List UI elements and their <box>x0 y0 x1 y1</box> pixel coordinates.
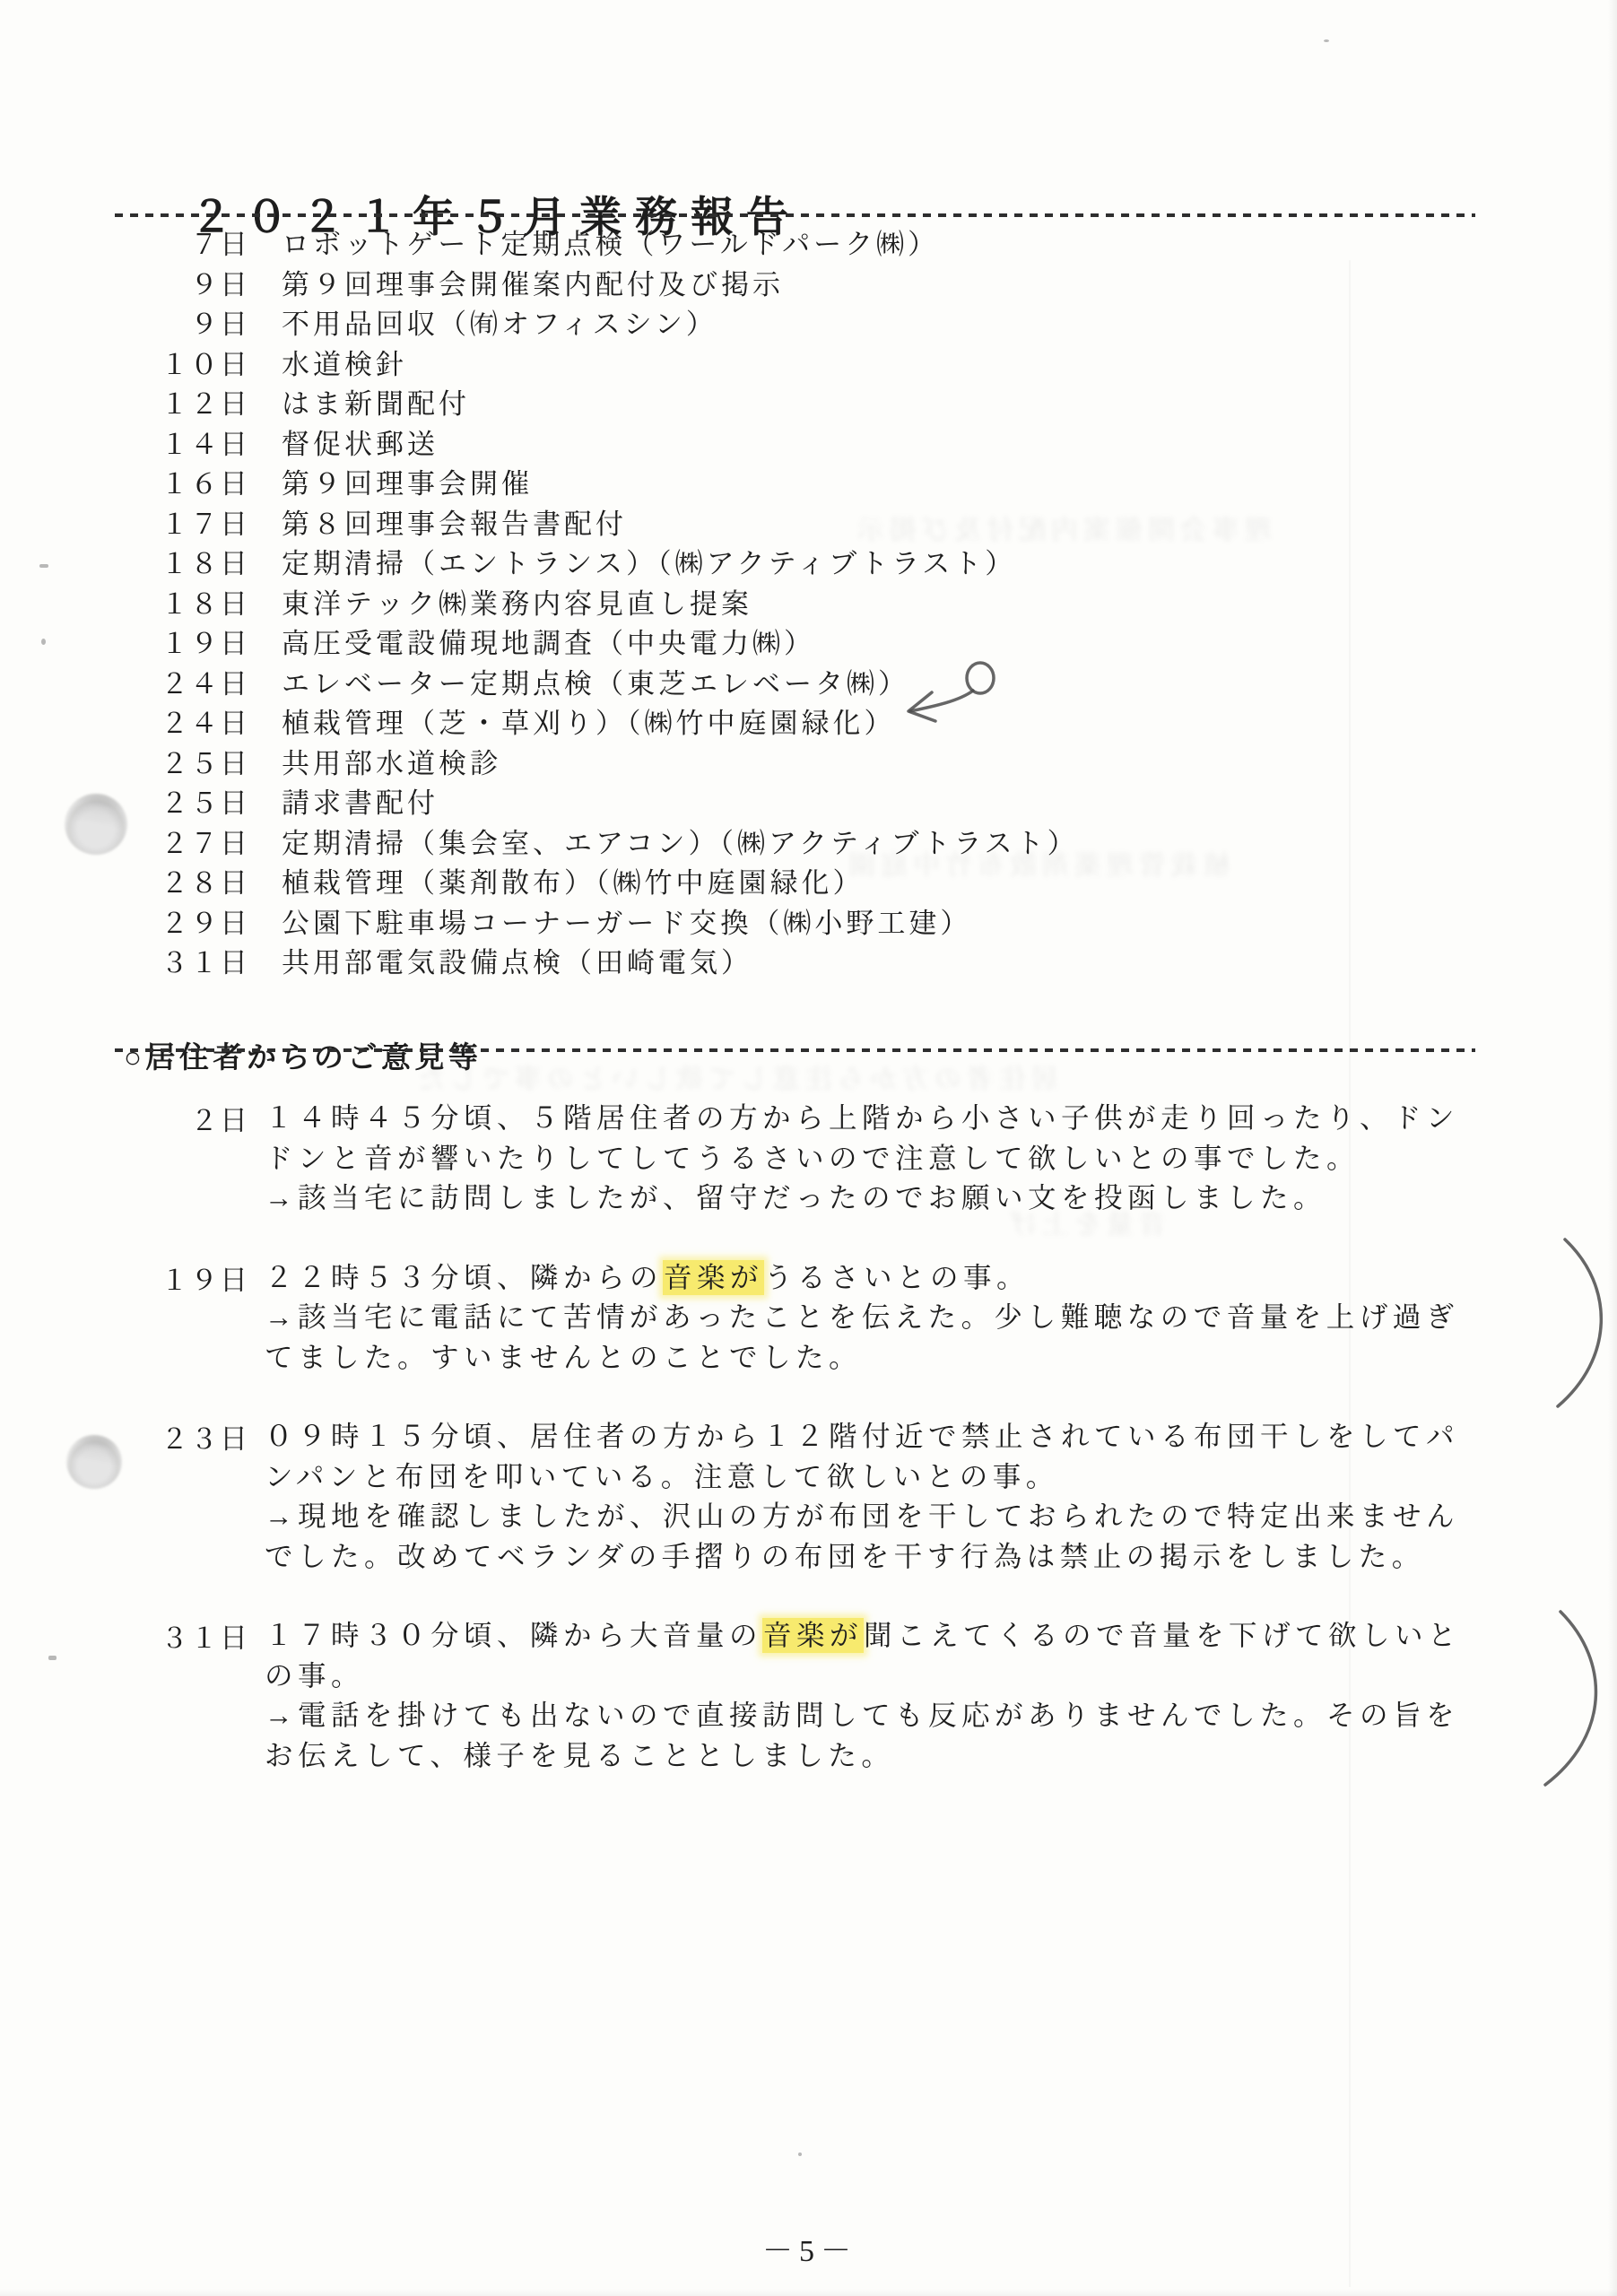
activity-text: エレベーター定期点検（東芝エレベータ㈱） <box>282 661 909 701</box>
opinion-text-segment: お伝えして、様子を見ることとしました。 <box>265 1740 894 1771</box>
activity-text: 定期清掃（集会室、エアコン）（㈱アクティブトラスト） <box>282 821 1079 861</box>
activity-row: ２９日公園下駐車場コーナーガード交換（㈱小野工建） <box>0 900 1079 941</box>
opinion-line: ドンと音が響いたりしてしてうるさいので注意して欲しいとの事でした。 <box>265 1136 1461 1177</box>
opinion-lines: ０９時１５分頃、居住者の方から１２階付近で禁止されている布団干しをしてパンパンと… <box>265 1414 1461 1574</box>
activity-row: １８日定期清掃（エントランス）（㈱アクティブトラスト） <box>0 541 1079 581</box>
activity-text: 第８回理事会報告書配付 <box>282 501 627 542</box>
opinion-lines: １７時３０分頃、隣から大音量の音楽が聞こえてくるので音量を下げて欲しいとの事。→… <box>265 1613 1461 1773</box>
activity-row: １６日第９回理事会開催 <box>0 461 1079 501</box>
activity-day: １７日 <box>115 501 249 542</box>
activity-text: 植栽管理（芝・草刈り）（㈱竹中庭園緑化） <box>282 700 896 741</box>
highlighted-text: 音楽が <box>762 1618 864 1653</box>
activity-day: １０日 <box>115 342 249 382</box>
activity-row: １８日東洋テック㈱業務内容見直し提案 <box>0 581 1079 622</box>
opinions-heading: ○居住者からのご意見等 <box>124 1034 482 1076</box>
dashed-divider-opinions <box>115 1048 1475 1052</box>
activity-day: １８日 <box>115 581 249 622</box>
activity-text: 第９回理事会開催案内配付及び掲示 <box>282 262 784 302</box>
activity-row: ２７日定期清掃（集会室、エアコン）（㈱アクティブトラスト） <box>0 821 1079 861</box>
scanned-report-page: 理事会開催案内配付及び掲示 植栽管理薬剤散布竹中庭園 居住者の方から注意して欲し… <box>0 0 1617 2296</box>
opinion-line: →該当宅に訪問しましたが、留守だったのでお願い文を投函しました。 <box>265 1176 1461 1216</box>
activity-day: ９日 <box>115 262 249 302</box>
activity-day: ２９日 <box>115 900 249 941</box>
opinion-line: の事。 <box>265 1654 1461 1694</box>
activity-text: 共用部水道検診 <box>282 741 501 781</box>
handwritten-arrow-loop-mark <box>874 653 1009 734</box>
handwritten-paren-mark-19 <box>1538 1233 1617 1417</box>
activity-day: ９日 <box>115 301 249 342</box>
paper-speck <box>39 564 48 568</box>
bleedthrough-ghost: 居住者の方から注意して欲しいとの事でした <box>413 1057 1058 1096</box>
opinion-text-segment: の事。 <box>265 1660 364 1692</box>
opinion-entry: ２日１４時４５分頃、５階居住者の方から上階から小さい子供が走り回ったり、ドンドン… <box>0 1096 1461 1216</box>
activity-row: ３１日共用部電気設備点検（田崎電気） <box>0 940 1079 980</box>
opinion-line: →現地を確認しましたが、沢山の方が布団を干しておられたので特定出来ません <box>265 1494 1461 1535</box>
opinion-text-segment: ンパンと布団を叩いている。注意して欲しいとの事。 <box>265 1461 1059 1492</box>
opinion-text-segment: ドンと音が響いたりしてしてうるさいので注意して欲しいとの事でした。 <box>265 1143 1360 1174</box>
opinion-entry: １９日２２時５３分頃、隣からの音楽がうるさいとの事。→該当宅に電話にて苦情があっ… <box>0 1256 1461 1376</box>
activity-row: ９日不用品回収（㈲オフィスシン） <box>0 301 1079 342</box>
opinion-entry: ３１日１７時３０分頃、隣から大音量の音楽が聞こえてくるので音量を下げて欲しいとの… <box>0 1613 1461 1773</box>
activity-day: １６日 <box>115 461 249 501</box>
punch-hole <box>65 794 127 855</box>
scan-edge-shadow <box>0 2289 1617 2296</box>
opinion-day: １９日 <box>115 1257 249 1298</box>
activity-day: １４日 <box>115 422 249 462</box>
opinion-line: ２２時５３分頃、隣からの音楽がうるさいとの事。 <box>265 1256 1461 1296</box>
opinion-text-segment: てました。すいませんとのことでした。 <box>265 1342 862 1373</box>
opinion-line: ンパンと布団を叩いている。注意して欲しいとの事。 <box>265 1455 1461 1495</box>
activity-row: ７日ロボットゲート定期点検（ワールドパーク㈱） <box>0 222 1079 262</box>
activity-text: 第９回理事会開催 <box>282 461 533 501</box>
opinion-lines: ２２時５３分頃、隣からの音楽がうるさいとの事。→該当宅に電話にて苦情があったこと… <box>265 1256 1461 1376</box>
opinion-line: １７時３０分頃、隣から大音量の音楽が聞こえてくるので音量を下げて欲しいと <box>265 1613 1461 1654</box>
activity-day: ７日 <box>115 222 249 262</box>
paper-speck <box>798 2152 802 2156</box>
opinions-entries: ２日１４時４５分頃、５階居住者の方から上階から小さい子供が走り回ったり、ドンドン… <box>0 1096 1461 1813</box>
opinion-line: →電話を掛けても出ないので直接訪問しても反応がありませんでした。その旨を <box>265 1693 1461 1734</box>
activity-row: １０日水道検針 <box>0 342 1079 382</box>
activity-text: 定期清掃（エントランス）（㈱アクティブトラスト） <box>282 541 1016 581</box>
dashed-divider-top <box>115 213 1475 217</box>
activity-day: ２７日 <box>115 821 249 861</box>
handwritten-paren-mark-31 <box>1529 1607 1617 1791</box>
opinion-text-segment: ２２時５３分頃、隣からの <box>265 1262 663 1293</box>
page-number: －5－ <box>762 2226 857 2270</box>
activity-text: 水道検針 <box>282 342 407 382</box>
activity-row: ２５日共用部水道検診 <box>0 741 1079 781</box>
opinion-text-segment: でした。改めてベランダの手摺りの布団を干す行為は禁止の掲示をしました。 <box>265 1541 1425 1572</box>
opinion-line: てました。すいませんとのことでした。 <box>265 1335 1461 1376</box>
activity-row: ２５日請求書配付 <box>0 780 1079 821</box>
opinion-day: ２３日 <box>115 1416 249 1457</box>
activity-text: 督促状郵送 <box>282 422 439 462</box>
activity-day: ２４日 <box>115 661 249 701</box>
activity-day: １２日 <box>115 381 249 422</box>
opinion-line: でした。改めてベランダの手摺りの布団を干す行為は禁止の掲示をしました。 <box>265 1535 1461 1575</box>
opinion-text-segment: 聞こえてくるので音量を下げて欲しいと <box>864 1620 1461 1651</box>
activity-text: 植栽管理（薬剤散布）（㈱竹中庭園緑化） <box>282 860 865 900</box>
paper-speck <box>1324 39 1329 42</box>
activities-list: ７日ロボットゲート定期点検（ワールドパーク㈱）９日第９回理事会開催案内配付及び掲… <box>0 222 1079 980</box>
activity-day: ２５日 <box>115 780 249 821</box>
opinion-day: ２日 <box>115 1098 249 1138</box>
activity-row: １２日はま新聞配付 <box>0 381 1079 422</box>
activity-day: ３１日 <box>115 940 249 980</box>
activity-text: 高圧受電設備現地調査（中央電力㈱） <box>282 621 815 661</box>
opinion-entry: ２３日０９時１５分頃、居住者の方から１２階付近で禁止されている布団干しをしてパン… <box>0 1414 1461 1574</box>
activity-row: ９日第９回理事会開催案内配付及び掲示 <box>0 262 1079 302</box>
opinion-lines: １４時４５分頃、５階居住者の方から上階から小さい子供が走り回ったり、ドンドンと音… <box>265 1096 1461 1216</box>
activity-row: １４日督促状郵送 <box>0 422 1079 462</box>
opinion-text-segment: →該当宅に電話にて苦情があったことを伝えた。少し難聴なので音量を上げ過ぎ <box>265 1301 1459 1333</box>
highlighted-text: 音楽が <box>663 1260 764 1295</box>
punch-hole <box>66 1435 122 1489</box>
opinion-text-segment: →現地を確認しましたが、沢山の方が布団を干しておられたので特定出来ません <box>265 1500 1459 1532</box>
activity-row: １７日第８回理事会報告書配付 <box>0 501 1079 542</box>
paper-speck <box>41 639 46 645</box>
activity-row: ２８日植栽管理（薬剤散布）（㈱竹中庭園緑化） <box>0 860 1079 900</box>
activity-text: ロボットゲート定期点検（ワールドパーク㈱） <box>282 222 939 262</box>
activity-day: ２５日 <box>115 741 249 781</box>
activity-day: １９日 <box>115 621 249 661</box>
opinion-text-segment: １７時３０分頃、隣から大音量の <box>265 1620 762 1651</box>
activity-text: 共用部電気設備点検（田崎電気） <box>282 940 752 980</box>
activity-text: 不用品回収（㈲オフィスシン） <box>282 301 717 342</box>
activity-day: ２４日 <box>115 700 249 741</box>
opinion-day: ３１日 <box>115 1615 249 1656</box>
scan-edge-shadow <box>1608 0 1617 2296</box>
opinion-text-segment: →該当宅に訪問しましたが、留守だったのでお願い文を投函しました。 <box>265 1182 1326 1213</box>
opinion-text-segment: →電話を掛けても出ないので直接訪問しても反応がありませんでした。その旨を <box>265 1700 1459 1731</box>
paper-speck <box>48 1656 57 1660</box>
opinion-text-segment: うるさいとの事。 <box>764 1262 1030 1293</box>
opinion-text-segment: ０９時１５分頃、居住者の方から１２階付近で禁止されている布団干しをしてパ <box>265 1421 1459 1452</box>
activity-text: 請求書配付 <box>282 780 439 821</box>
activity-day: １８日 <box>115 541 249 581</box>
opinion-line: ０９時１５分頃、居住者の方から１２階付近で禁止されている布団干しをしてパ <box>265 1414 1461 1455</box>
activity-text: 公園下駐車場コーナーガード交換（㈱小野工建） <box>282 900 971 941</box>
opinion-text-segment: １４時４５分頃、５階居住者の方から上階から小さい子供が走り回ったり、ドン <box>265 1102 1459 1134</box>
opinion-line: →該当宅に電話にて苦情があったことを伝えた。少し難聴なので音量を上げ過ぎ <box>265 1295 1461 1335</box>
activity-text: はま新聞配付 <box>282 381 470 422</box>
opinion-line: １４時４５分頃、５階居住者の方から上階から小さい子供が走り回ったり、ドン <box>265 1096 1461 1136</box>
opinion-line: お伝えして、様子を見ることとしました。 <box>265 1734 1461 1774</box>
activity-day: ２８日 <box>115 860 249 900</box>
activity-text: 東洋テック㈱業務内容見直し提案 <box>282 581 752 622</box>
